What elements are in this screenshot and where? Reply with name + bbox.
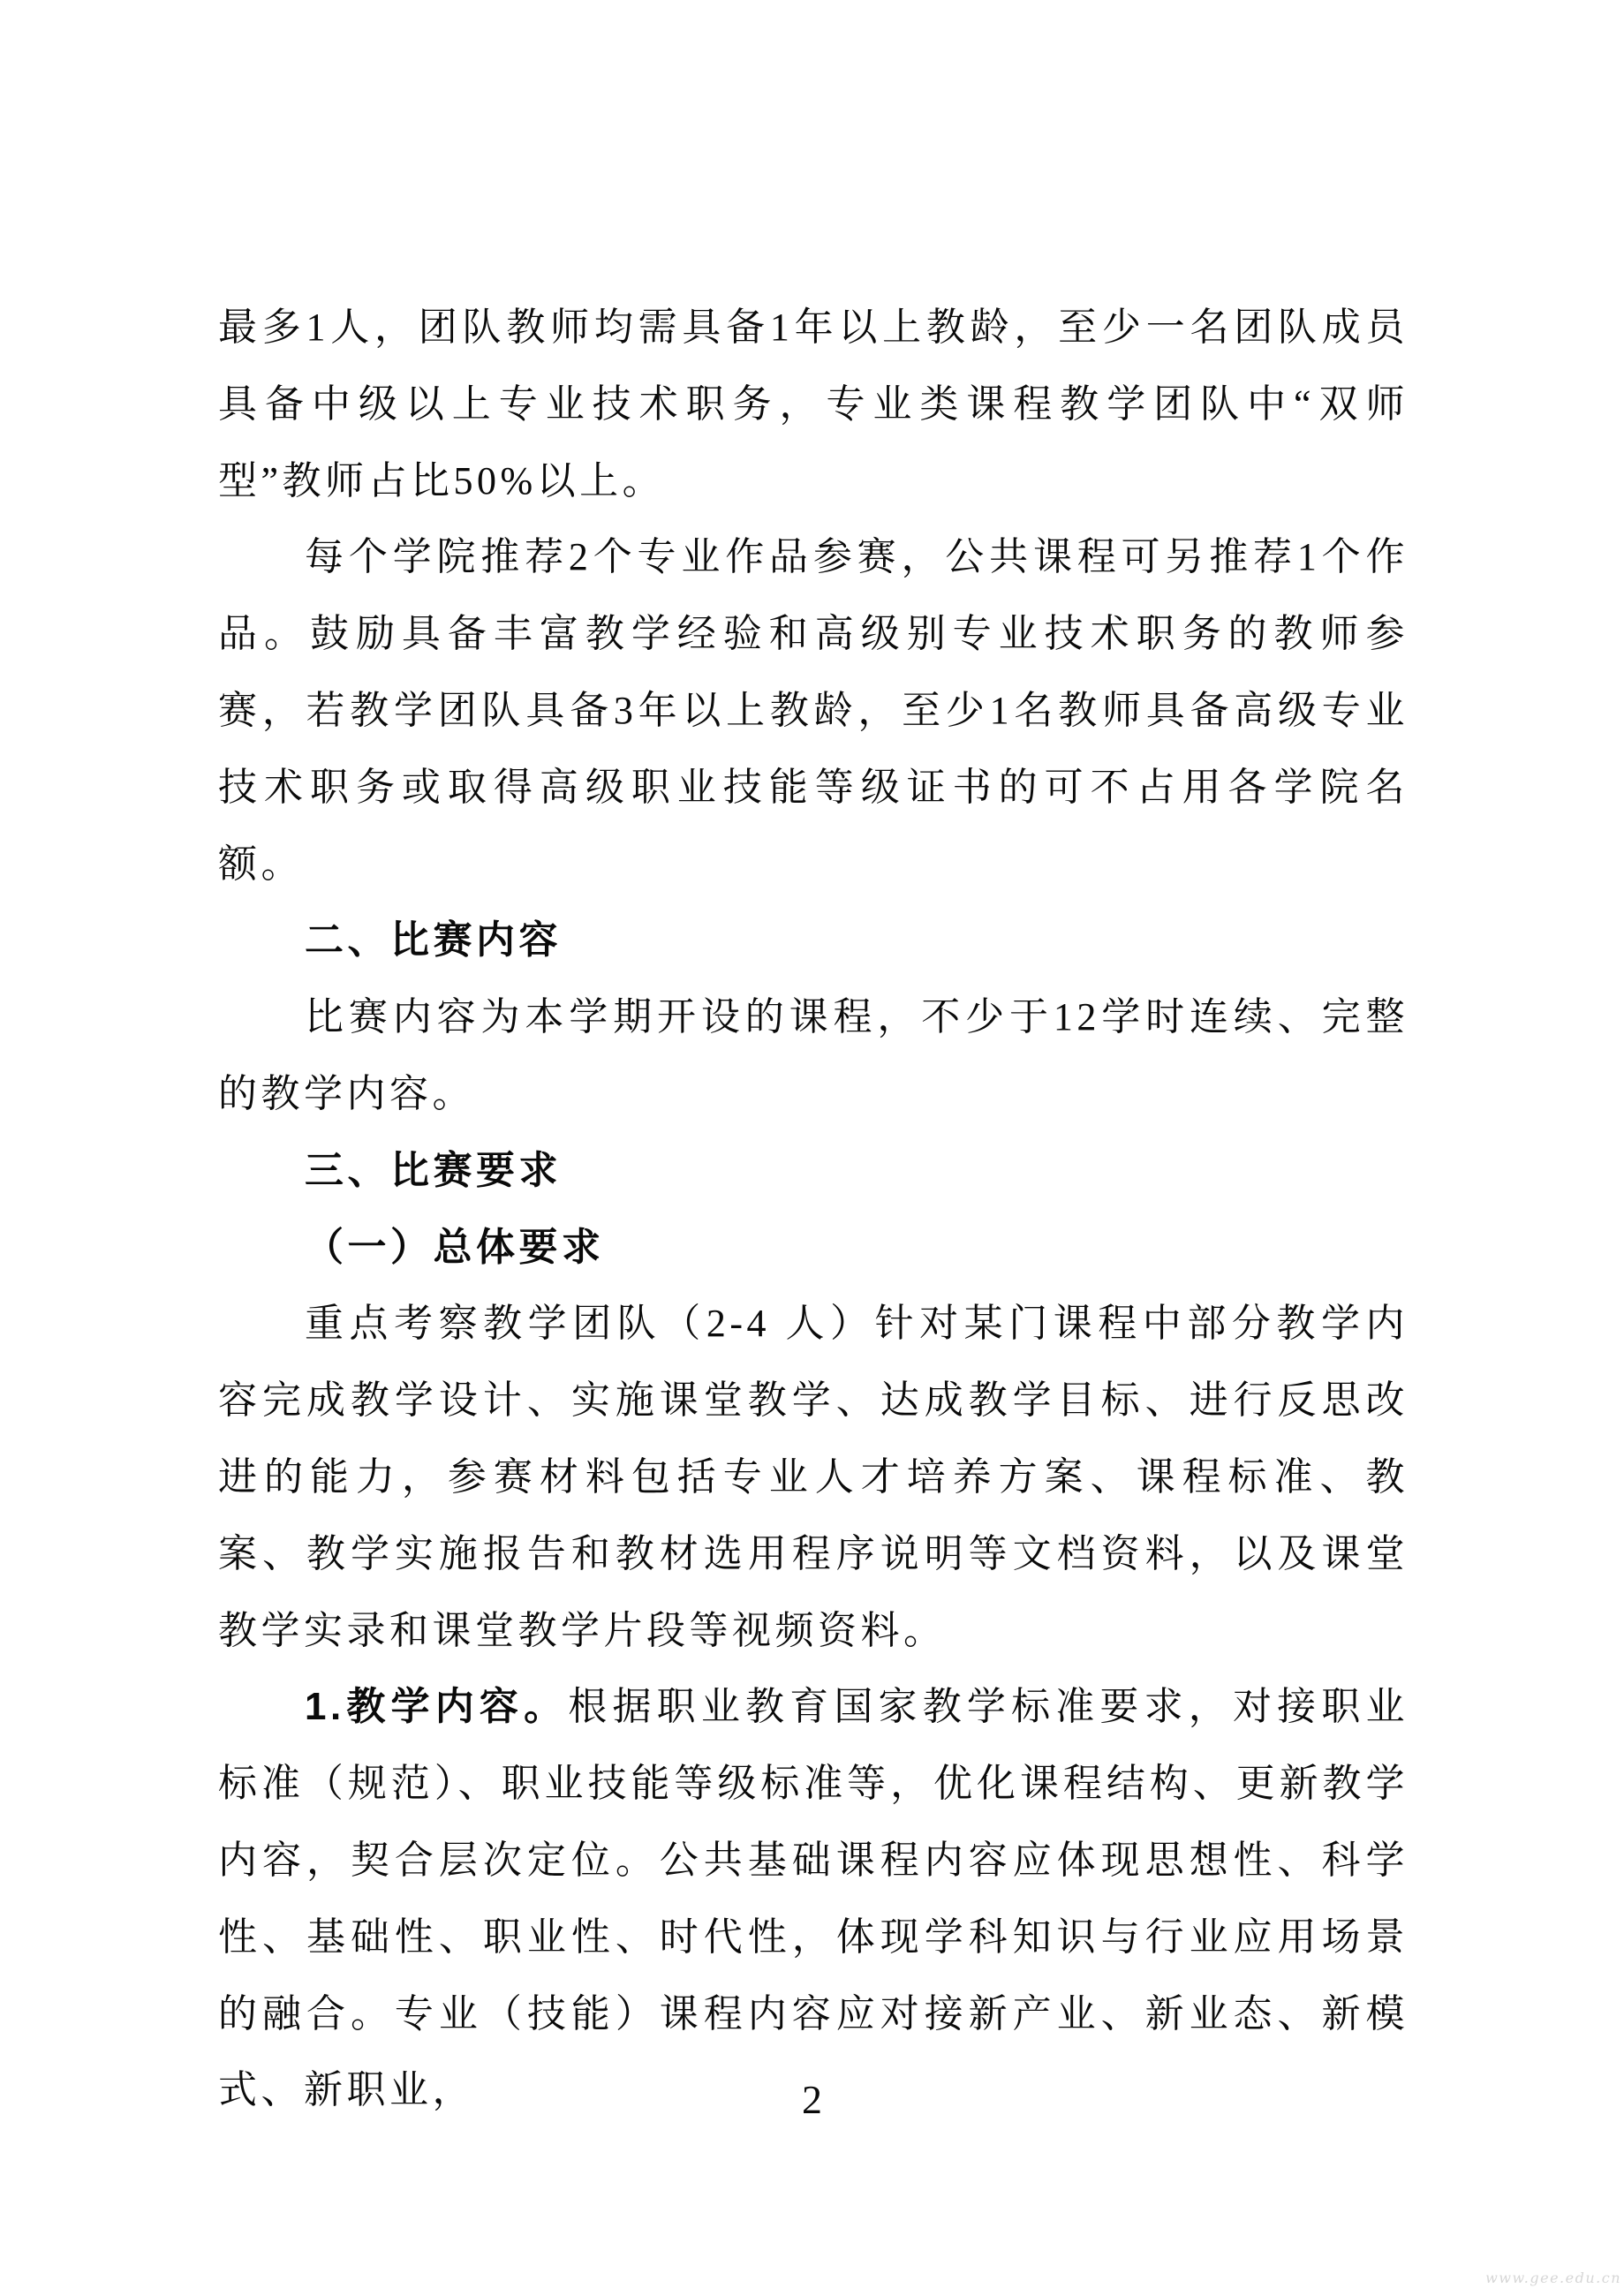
- page-number: 2: [0, 2073, 1624, 2126]
- subsection-heading-overall-requirements: （一）总体要求: [218, 1210, 1409, 1287]
- watermark: www.gee.edu.cn: [1485, 2269, 1621, 2288]
- paragraph-competition-content: 比赛内容为本学期开设的课程，不少于12学时连续、完整的教学内容。: [218, 979, 1409, 1133]
- section-heading-competition-content: 二、比赛内容: [218, 903, 1409, 979]
- paragraph-overall-requirements: 重点考察教学团队（2-4 人）针对某门课程中部分教学内容完成教学设计、实施课堂教…: [218, 1286, 1409, 1669]
- section-heading-competition-requirements: 三、比赛要求: [218, 1133, 1409, 1210]
- document-page: 最多1人，团队教师均需具备1年以上教龄，至少一名团队成员具备中级以上专业技术职务…: [0, 0, 1624, 2296]
- item-number-lead: 1.教学内容。: [305, 1685, 568, 1728]
- document-body: 最多1人，团队教师均需具备1年以上教龄，至少一名团队成员具备中级以上专业技术职务…: [218, 290, 1409, 2129]
- paragraph-continuation: 最多1人，团队教师均需具备1年以上教龄，至少一名团队成员具备中级以上专业技术职务…: [218, 290, 1409, 519]
- paragraph-teaching-content-text: 根据职业教育国家教学标准要求，对接职业标准（规范）、职业技能等级标准等，优化课程…: [218, 1685, 1409, 2111]
- paragraph-recommendation-quota: 每个学院推荐2个专业作品参赛，公共课程可另推荐1个作品。鼓励具备丰富教学经验和高…: [218, 519, 1409, 903]
- paragraph-teaching-content: 1.教学内容。根据职业教育国家教学标准要求，对接职业标准（规范）、职业技能等级标…: [218, 1669, 1409, 2129]
